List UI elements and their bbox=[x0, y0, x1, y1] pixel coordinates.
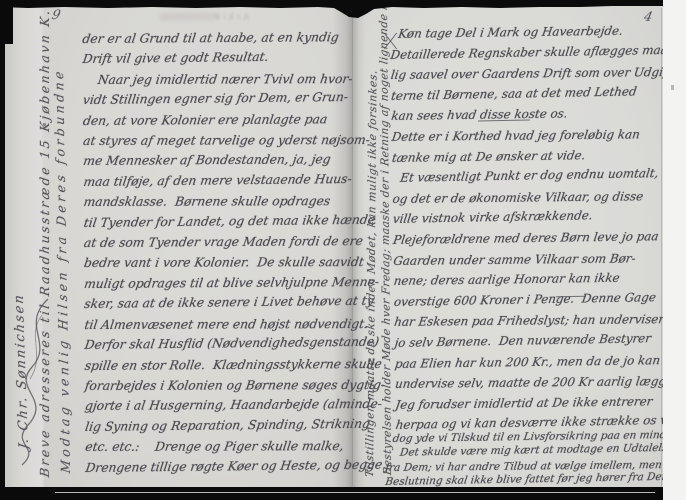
photo-margin-right bbox=[663, 0, 686, 500]
handwritten-line: maa tilføje, af den mere velstaaende Huu… bbox=[82, 169, 353, 192]
scan-border-bottom bbox=[0, 487, 663, 500]
handwritten-line: lig Syning og Reparation, Spinding, Stri… bbox=[84, 414, 355, 437]
torn-top-edge bbox=[0, 0, 663, 22]
handwritten-line: at de som Tyender vrage Maden fordi de e… bbox=[82, 231, 353, 253]
handwritten-line: Drengene tillige røgte Køer og Heste, og… bbox=[84, 454, 355, 477]
handwritten-line: den, at vore Kolonier ere planlagte paa bbox=[82, 109, 353, 131]
handwritten-line: Plejeforældrene med deres Børn leve jo p… bbox=[392, 226, 665, 250]
right-page-closing-lines: dog yde vi Tilskud til en Livsforsikring… bbox=[385, 428, 666, 489]
scan-border-left bbox=[0, 0, 5, 500]
handwritten-line: Derfor skal Husflid (Nødvendighedsgensta… bbox=[83, 332, 354, 355]
handwritten-line: overstige 600 Kroner i Penge. Denne Gage bbox=[393, 287, 666, 313]
handwritten-line: til Tyender for Landet, og det maa ikke … bbox=[82, 210, 353, 233]
handwritten-line: forarbejdes i Kolonien og Børnene søges … bbox=[83, 375, 354, 396]
handwritten-line: Detaillerede Regnskaber skulle aflægges … bbox=[389, 40, 662, 66]
scan-border-corner bbox=[0, 0, 13, 44]
handwritten-line: paa Elien har kun 200 Kr., men da de jo … bbox=[393, 350, 666, 374]
left-page-text-block: der er al Grund til at haabe, at en kynd… bbox=[82, 27, 353, 478]
handwritten-line: etc. etc.: Drenge og Piger skulle malke, bbox=[84, 436, 355, 457]
handwritten-line: at styres af meget tarvelige og yderst n… bbox=[82, 130, 353, 151]
handwritten-line: jo selv Børnene. Den nuværende Bestyrer bbox=[393, 328, 666, 354]
handwritten-line: bedre vant i vore Kolonier. De skulle sa… bbox=[83, 252, 354, 273]
insertion-cross-mark bbox=[383, 32, 399, 50]
handwritten-line: sker, saa at de ikke senere i Livet behø… bbox=[83, 291, 354, 314]
handwritten-line: Et væsentligt Punkt er dog endnu uomtalt… bbox=[391, 163, 664, 189]
right-page-text-block: Køn tage Del i Mark og Havearbejde. Deta… bbox=[390, 20, 666, 436]
signature-flourish bbox=[2, 295, 60, 470]
scanned-letter-photo: Arkiv 9 4 der er al Grund til at haabe, … bbox=[0, 0, 686, 500]
handwritten-line: kan sees hvad disse koste os. bbox=[390, 102, 663, 126]
handwritten-line: Drift vil give et godt Resultat. bbox=[81, 46, 352, 69]
dust-speck bbox=[671, 85, 674, 90]
handwritten-line: vidt Stillingen egner sig for Dem, er Gr… bbox=[81, 87, 352, 110]
handwritten-line: spille en stor Rolle. Klædningsstykkerne… bbox=[83, 354, 354, 376]
handwritten-line: gjorte i al Husgerning, Haandarbejde (al… bbox=[84, 394, 355, 416]
scan-edge-highlight bbox=[55, 492, 655, 493]
